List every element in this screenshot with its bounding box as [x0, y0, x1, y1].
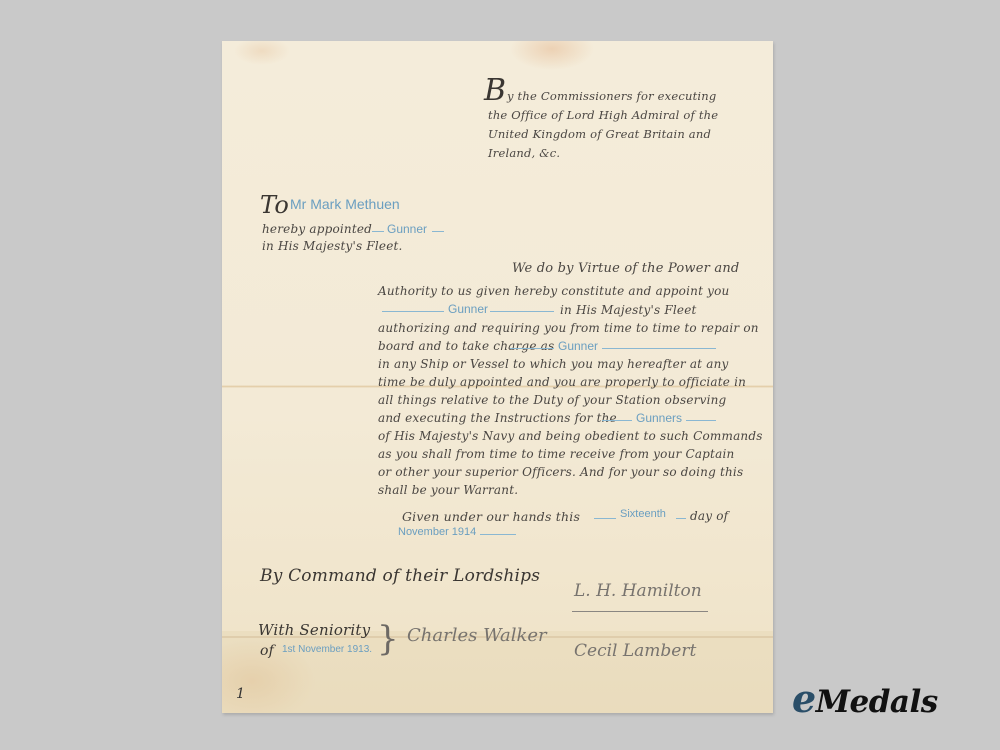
fill-line: [686, 420, 716, 421]
fill-line: [602, 348, 716, 349]
bracket: }: [377, 619, 399, 659]
body-line-6: in any Ship or Vessel to which you may h…: [378, 357, 728, 371]
fleet-label: in His Majesty's Fleet.: [262, 239, 403, 253]
signature-secretary: Charles Walker: [407, 625, 547, 646]
header-line-4: Ireland, &c.: [488, 146, 560, 160]
fill-line: [480, 534, 516, 535]
body-line-8: all things relative to the Duty of your …: [378, 393, 726, 407]
body-line-5: board and to take charge as: [378, 339, 554, 353]
given-day: Sixteenth: [620, 508, 666, 520]
logo-suffix: Medals: [816, 684, 938, 720]
fill-line: [510, 348, 554, 349]
body-rank-2: Gunner: [558, 339, 598, 353]
body-line-7: time be duly appointed and you are prope…: [378, 375, 746, 389]
header-initial: B: [484, 73, 506, 108]
body-line-11: as you shall from time to time receive f…: [378, 447, 734, 461]
body-line-10: of His Majesty's Navy and being obedient…: [378, 429, 763, 443]
header-line-1: y the Commissioners for executing: [507, 89, 716, 103]
fill-line: [432, 231, 444, 232]
appointed-rank: Gunner: [387, 222, 427, 236]
body-line-12: or other your superior Officers. And for…: [378, 465, 743, 479]
fill-line: [490, 311, 554, 312]
body-rank-1: Gunner: [448, 302, 488, 316]
warrant-document: B y the Commissioners for executing the …: [222, 41, 773, 713]
logo-prefix: e: [792, 676, 816, 721]
given-prefix: Given under our hands this: [402, 509, 580, 524]
seniority-of-label: of: [260, 643, 274, 659]
body-line-3: in His Majesty's Fleet: [560, 303, 697, 317]
emedals-logo: eMedals: [792, 676, 938, 721]
seniority-date: 1st November 1913.: [282, 644, 372, 655]
given-month-year: November 1914: [398, 526, 476, 538]
signature-lord-1: L. H. Hamilton: [574, 581, 702, 601]
body-line-2: Authority to us given hereby constitute …: [378, 284, 729, 298]
body-line-13: shall be your Warrant.: [378, 483, 518, 497]
header-line-2: the Office of Lord High Admiral of the: [488, 108, 718, 122]
signature-underline: [572, 611, 708, 612]
command-line: By Command of their Lordships: [260, 566, 540, 586]
fill-line: [602, 420, 632, 421]
header-line-3: United Kingdom of Great Britain and: [488, 127, 711, 141]
fill-line: [382, 311, 444, 312]
fill-line: [372, 231, 384, 232]
fill-line: [676, 518, 686, 519]
appointed-label: hereby appointed: [262, 222, 372, 236]
to-label: To: [260, 191, 289, 219]
body-line-9: and executing the Instructions for the: [378, 411, 617, 425]
body-line-1: We do by Virtue of the Power and: [512, 261, 739, 276]
fill-line: [594, 518, 616, 519]
given-suffix: day of: [690, 509, 728, 523]
addressee-name: Mr Mark Methuen: [290, 196, 400, 212]
body-line-4: authorizing and requiring you from time …: [378, 321, 759, 335]
signature-lord-2: Cecil Lambert: [574, 641, 696, 661]
corner-mark: 1: [236, 686, 245, 702]
seniority-label: With Seniority: [258, 621, 370, 639]
body-rank-3: Gunners: [636, 411, 682, 425]
